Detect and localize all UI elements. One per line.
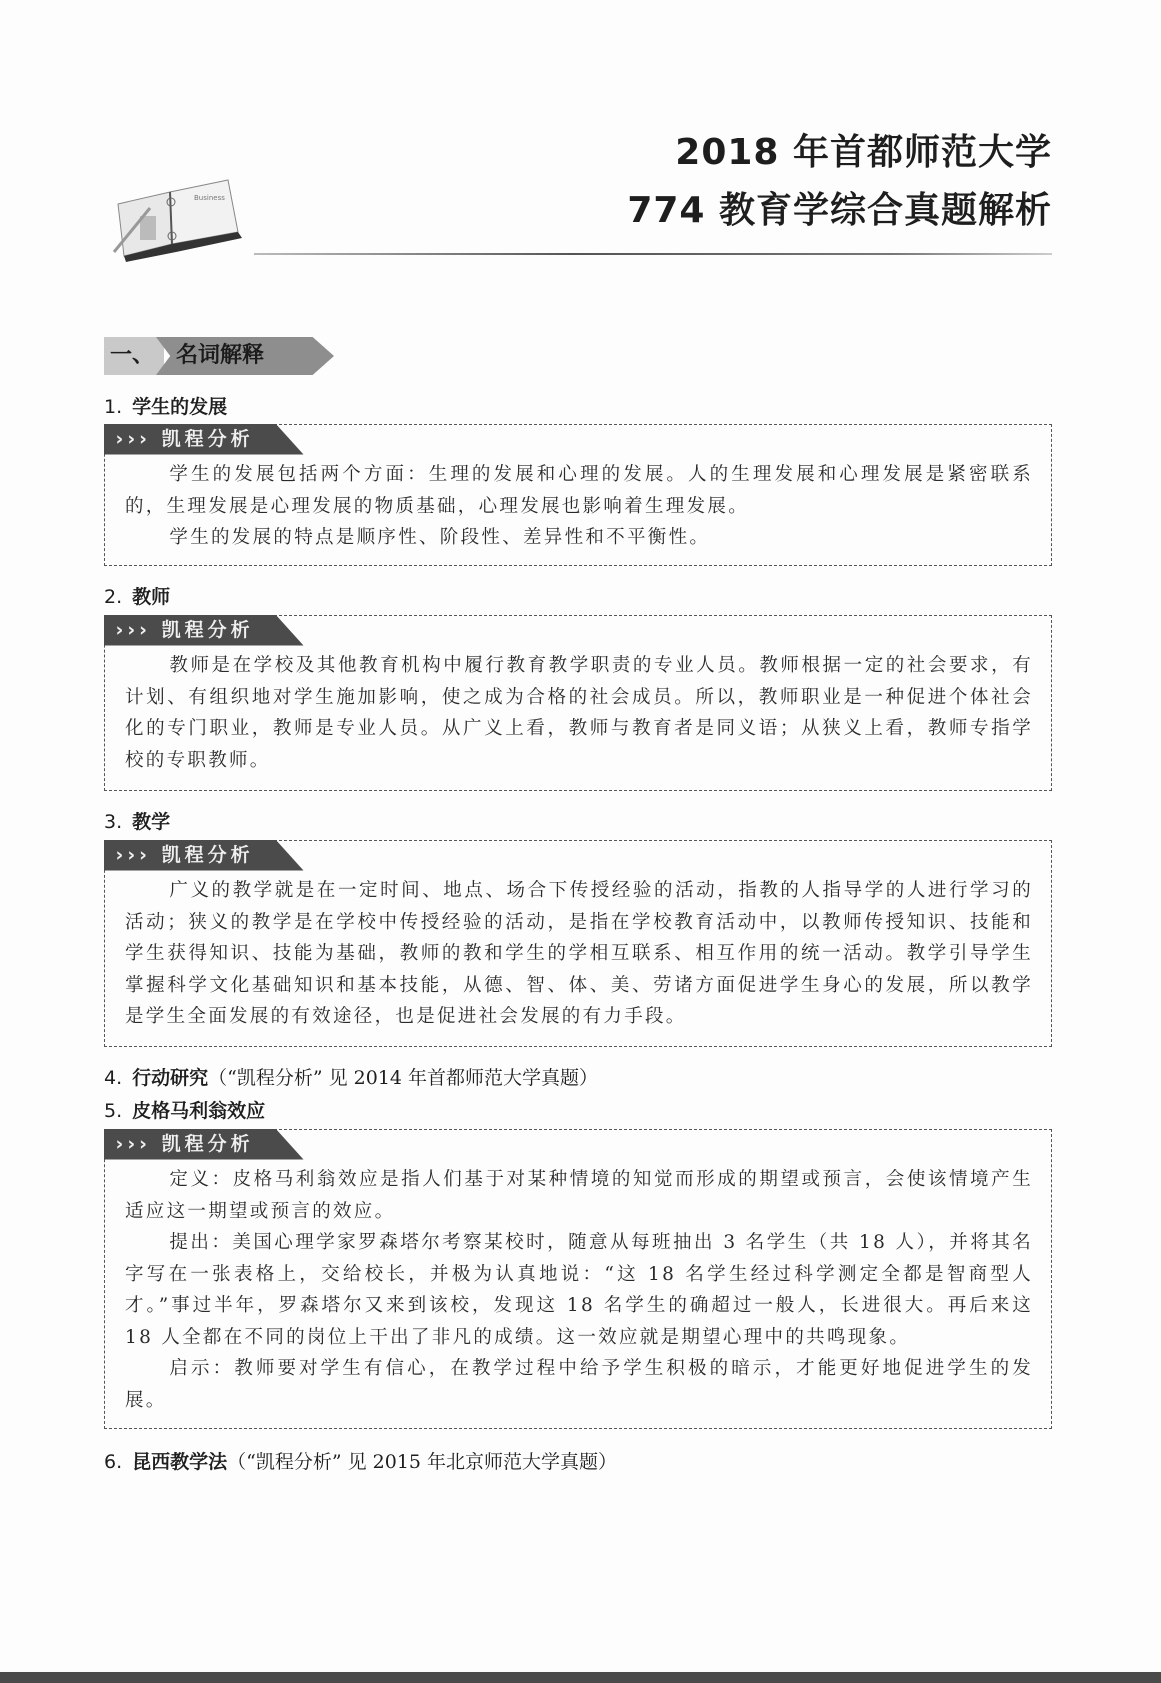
section-number: 一、	[104, 337, 164, 375]
planner-notebook-icon: Business	[110, 174, 260, 264]
item-title: 2.教师	[104, 582, 170, 609]
paragraph: 定义：皮格马利翁效应是指人们基于对某种情境的知觉而形成的期望或预言，会使该情境产…	[125, 1164, 1033, 1227]
paragraph: 启示：教师要对学生有信心，在教学过程中给予学生积极的暗示，才能更好地促进学生的发…	[125, 1353, 1033, 1416]
analysis-box: ››› 凯程分析 广义的教学就是在一定时间、地点、场合下传授经验的活动，指教的人…	[104, 840, 1052, 1047]
title-line-2: 774 教育学综合真题解析	[627, 182, 1052, 240]
analysis-tag: ››› 凯程分析	[104, 1129, 304, 1160]
analysis-tag: ››› 凯程分析	[104, 424, 304, 455]
reference-note: （“凯程分析” 见 2014 年首都师范大学真题）	[208, 1067, 598, 1089]
title-line-1: 2018 年首都师范大学	[627, 124, 1052, 182]
paragraph: 学生的发展包括两个方面：生理的发展和心理的发展。人的生理发展和心理发展是紧密联系…	[125, 459, 1033, 522]
analysis-box: ››› 凯程分析 学生的发展包括两个方面：生理的发展和心理的发展。人的生理发展和…	[104, 424, 1052, 566]
paragraph: 提出：美国心理学家罗森塔尔考察某校时，随意从每班抽出 3 名学生（共 18 人）…	[125, 1227, 1033, 1353]
paragraph: 广义的教学就是在一定时间、地点、场合下传授经验的活动，指教的人指导学的人进行学习…	[125, 875, 1033, 1033]
analysis-tag: ››› 凯程分析	[104, 840, 304, 871]
item-title: 5.皮格马利翁效应	[104, 1096, 265, 1123]
reference-note: （“凯程分析” 见 2015 年北京师范大学真题）	[227, 1451, 617, 1473]
section-banner: 一、 名词解释	[104, 337, 334, 375]
svg-text:Business: Business	[194, 194, 225, 202]
page-bottom-edge	[0, 1672, 1161, 1683]
page-title: 2018 年首都师范大学 774 教育学综合真题解析	[627, 124, 1052, 240]
item-title: 6.昆西教学法（“凯程分析” 见 2015 年北京师范大学真题）	[104, 1447, 617, 1474]
page-header: Business 2018 年首都师范大学 774 教育学综合真题解析	[104, 118, 1052, 258]
section-title: 名词解释	[156, 337, 334, 375]
header-divider	[254, 253, 1052, 255]
analysis-box: ››› 凯程分析 教师是在学校及其他教育机构中履行教育教学职责的专业人员。教师根…	[104, 615, 1052, 791]
item-title: 3.教学	[104, 807, 170, 834]
analysis-box: ››› 凯程分析 定义：皮格马利翁效应是指人们基于对某种情境的知觉而形成的期望或…	[104, 1129, 1052, 1429]
analysis-tag: ››› 凯程分析	[104, 615, 304, 646]
item-title: 1.学生的发展	[104, 392, 227, 419]
paragraph: 学生的发展的特点是顺序性、阶段性、差异性和不平衡性。	[125, 522, 1033, 554]
paragraph: 教师是在学校及其他教育机构中履行教育教学职责的专业人员。教师根据一定的社会要求，…	[125, 650, 1033, 776]
item-title: 4.行动研究（“凯程分析” 见 2014 年首都师范大学真题）	[104, 1063, 598, 1090]
